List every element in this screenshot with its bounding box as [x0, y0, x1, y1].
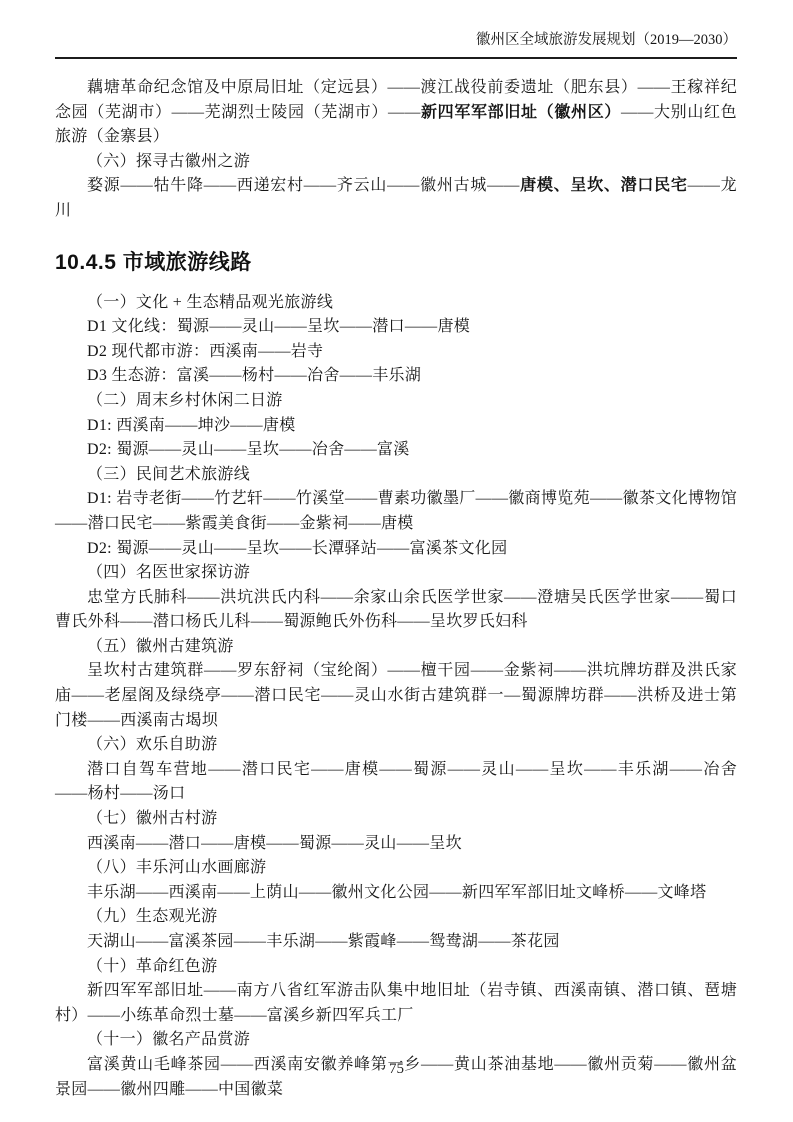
route-line: 丰乐湖——西溪南——上荫山——徽州文化公园——新四军军部旧址文峰桥——文峰塔 — [55, 881, 737, 906]
route-line: D1 文化线：蜀源——灵山——呈坎——潜口——唐模 — [55, 315, 737, 340]
route-line: （七）徽州古村游 — [55, 807, 737, 832]
page-number: 75 — [0, 1061, 793, 1078]
section-title: 市域旅游线路 — [123, 251, 252, 274]
route-line: D1: 西溪南——坤沙——唐模 — [55, 414, 737, 439]
document-body: 藕塘革命纪念馆及中原局旧址（定远县）——渡江战役前委遗址（肥东县）——王稼祥纪念… — [55, 76, 737, 1102]
paragraph-ancient-huizhou: 婺源——牯牛降——西递宏村——齐云山——徽州古城——唐模、呈坎、潜口民宅——龙川 — [55, 174, 737, 223]
section-number: 10.4.5 — [55, 251, 116, 274]
route-line: （十一）徽名产品赏游 — [55, 1028, 737, 1053]
route-line: （八）丰乐河山水画廊游 — [55, 856, 737, 881]
route-line: 呈坎村古建筑群——罗东舒祠（宝纶阁）——檀干园——金紫祠——洪坑牌坊群及洪氏家庙… — [55, 659, 737, 733]
route-line: D1: 岩寺老街——竹艺轩——竹溪堂——曹素功徽墨厂——徽商博览苑——徽茶文化博… — [55, 487, 737, 536]
header-rule — [55, 57, 737, 59]
route-text-bold: 新四军军部旧址（徽州区） — [421, 104, 621, 121]
document-page: 徽州区全域旅游发展规划（2019—2030） 藕塘革命纪念馆及中原局旧址（定远县… — [0, 0, 793, 1122]
list-item-six: （六）探寻古徽州之游 — [55, 150, 737, 175]
paragraph-red-route: 藕塘革命纪念馆及中原局旧址（定远县）——渡江战役前委遗址（肥东县）——王稼祥纪念… — [55, 76, 737, 150]
route-line: D2: 蜀源——灵山——呈坎——冶舍——富溪 — [55, 438, 737, 463]
route-line: （三）民间艺术旅游线 — [55, 463, 737, 488]
section-heading: 10.4.5 市域旅游线路 — [55, 250, 737, 276]
route-line: D3 生态游：富溪——杨村——冶舍——丰乐湖 — [55, 364, 737, 389]
route-line: 天湖山——富溪茶园——丰乐湖——紫霞峰——鸳鸯湖——茶花园 — [55, 930, 737, 955]
route-line: （十）革命红色游 — [55, 955, 737, 980]
route-line: （一）文化 + 生态精品观光旅游线 — [55, 291, 737, 316]
route-line: （六）欢乐自助游 — [55, 733, 737, 758]
route-line: D2: 蜀源——灵山——呈坎——长潭驿站——富溪茶文化园 — [55, 537, 737, 562]
route-line: 忠堂方氏肺科——洪坑洪氏内科——余家山余氏医学世家——澄塘吴氏医学世家——蜀口曹… — [55, 586, 737, 635]
page-header: 徽州区全域旅游发展规划（2019—2030） — [55, 30, 737, 57]
route-line: （二）周末乡村休闲二日游 — [55, 389, 737, 414]
route-text-bold: 唐模、呈坎、潜口民宅 — [520, 177, 688, 194]
route-line: D2 现代都市游：西溪南——岩寺 — [55, 340, 737, 365]
route-line: （五）徽州古建筑游 — [55, 635, 737, 660]
route-line: 西溪南——潜口——唐模——蜀源——灵山——呈坎 — [55, 832, 737, 857]
route-line: 新四军军部旧址——南方八省红军游击队集中地旧址（岩寺镇、西溪南镇、潜口镇、琶塘村… — [55, 979, 737, 1028]
route-text: 婺源——牯牛降——西递宏村——齐云山——徽州古城—— — [87, 177, 520, 194]
route-line: （四）名医世家探访游 — [55, 561, 737, 586]
route-line: （九）生态观光游 — [55, 905, 737, 930]
header-title: 徽州区全域旅游发展规划（2019—2030） — [476, 32, 737, 48]
route-line: 潜口自驾车营地——潜口民宅——唐模——蜀源——灵山——呈坎——丰乐湖——冶舍——… — [55, 758, 737, 807]
